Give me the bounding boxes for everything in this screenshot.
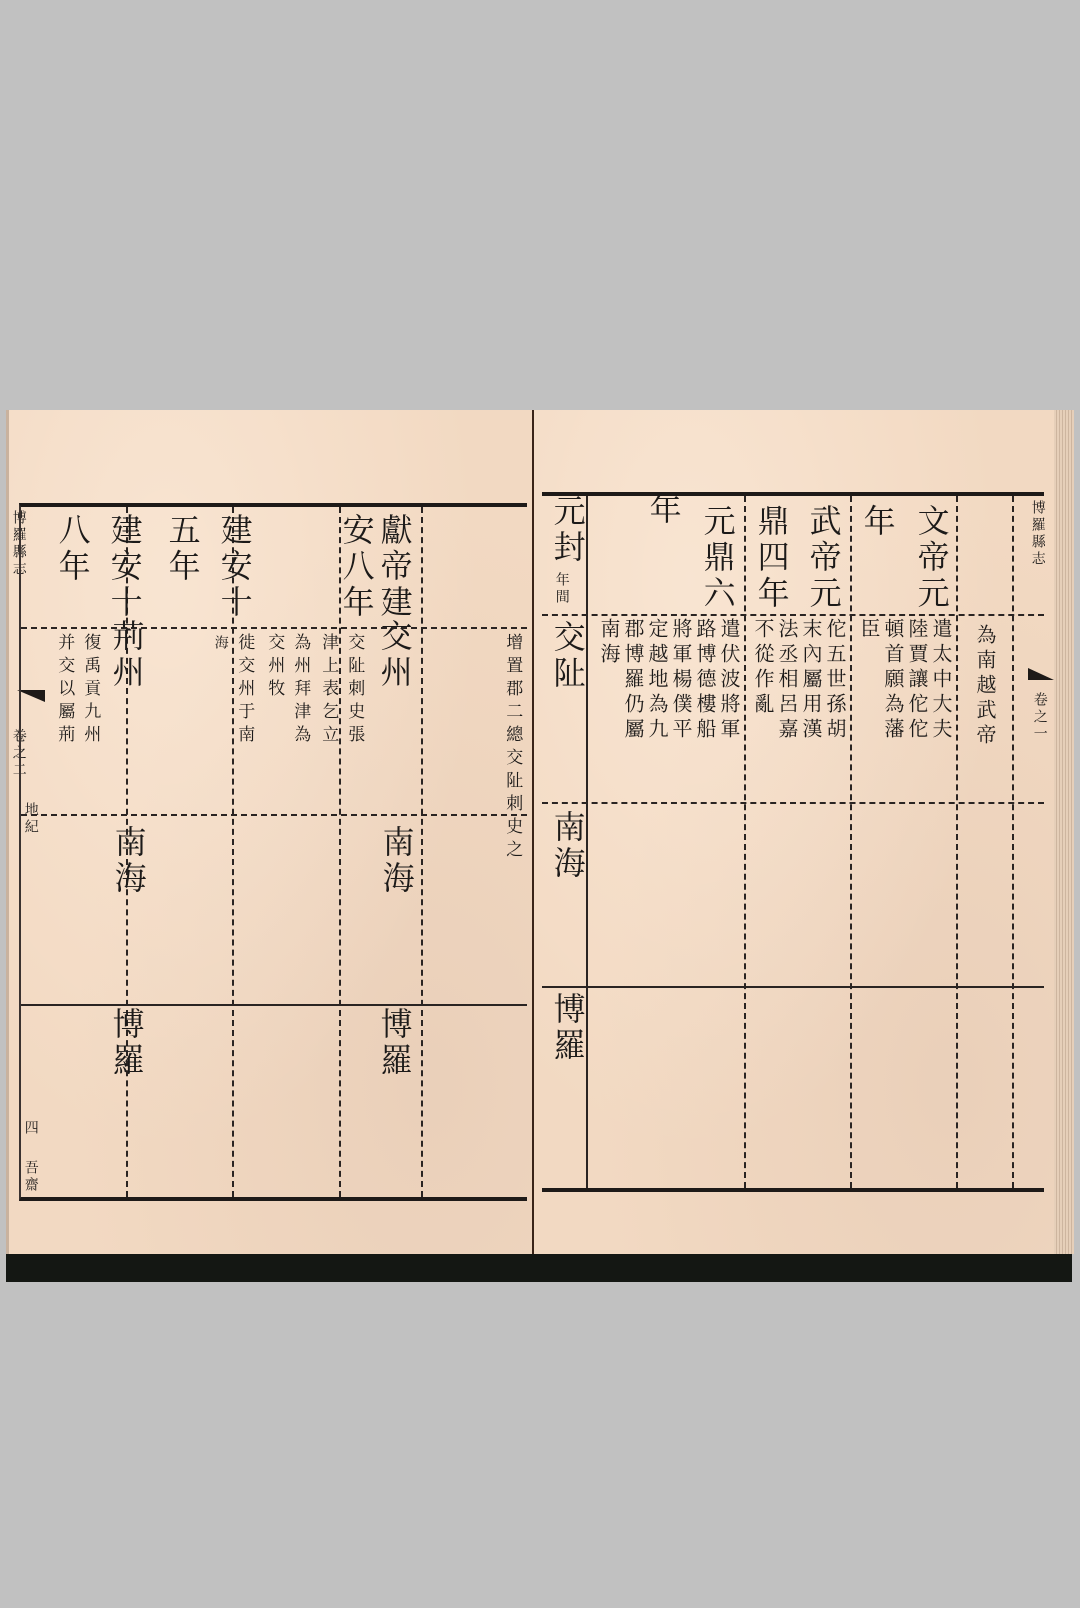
commandery-label: 南海: [379, 825, 413, 897]
note-line: 交阯刺史張: [343, 633, 364, 748]
note-line: 佗五世孫胡: [824, 618, 845, 743]
margin-volume: 卷之一: [1032, 692, 1047, 743]
era-label: 鼎四年: [754, 504, 788, 612]
era-label: 文帝元: [914, 504, 948, 612]
col-divider: [850, 496, 852, 1188]
province-label: 荊州: [109, 619, 143, 691]
county-label: 博羅: [377, 1007, 411, 1079]
note-line: 法丞相呂嘉: [776, 618, 797, 743]
note-line: 遣伏波將軍: [718, 618, 739, 743]
note-line: 頓首願為藩: [882, 618, 903, 743]
note-line: 遣太中大夫: [930, 618, 951, 743]
era-label: 建安十: [217, 513, 251, 621]
table-frame-right: 為南越武帝 文帝元 年 遣太中大夫 陸賈讓佗佗 頓首願為藩 臣 武帝元 鼎四年 …: [542, 492, 1044, 1192]
note-line: 復禹貢九州: [79, 633, 100, 748]
note-line: 交州牧: [263, 633, 284, 702]
era-label: 元封: [550, 494, 584, 566]
era-label: 年: [646, 492, 680, 528]
note-line: 徙交州于南: [233, 633, 254, 748]
province-label: 交阯: [550, 620, 584, 692]
col-divider: [1012, 496, 1014, 1188]
note-line: 南海: [598, 618, 619, 668]
table-frame-left: 獻帝建 安八年 交州 交阯刺史張 津上表乞立 為州拜津為 交州牧 南海 博羅 建…: [19, 503, 527, 1201]
left-page: 博羅縣志 卷之二 地紀 四 吾齋 獻帝建 安八年 交州 交阯刺史張 津上表乞立 …: [6, 410, 535, 1254]
page-stack-edge: [1054, 410, 1074, 1254]
col-divider: [421, 507, 423, 1197]
edge-note: 增置郡二總交阯刺史之: [501, 633, 522, 863]
note-line: 并交以屬荊: [53, 633, 74, 748]
note-line: 郡博羅仍屬: [622, 618, 643, 743]
era-label: 年: [860, 504, 894, 540]
note-line: 為南越武帝: [974, 624, 995, 749]
note-line: 陸賈讓佗佗: [906, 618, 927, 743]
row-divider-era: [21, 627, 527, 629]
era-label: 獻帝建: [377, 513, 411, 621]
note-line: 海: [213, 635, 228, 652]
era-label: 建安十: [107, 513, 141, 621]
note-line: 末內屬用漢: [800, 618, 821, 743]
note-line: 定越地為九: [646, 618, 667, 743]
era-label: 武帝元: [806, 504, 840, 612]
note-line: 路博德樓船: [694, 618, 715, 743]
note-line: 將軍楊僕平: [670, 618, 691, 743]
county-label: 博羅: [550, 992, 584, 1064]
margin-book-title: 博羅縣志: [1030, 500, 1045, 568]
row-divider-commandery: [542, 986, 1044, 988]
era-label: 五年: [165, 513, 199, 585]
note-line: 不從作亂: [752, 618, 773, 718]
col-divider: [744, 496, 746, 1188]
era-label: 八年: [55, 513, 89, 585]
col-divider: [956, 496, 958, 1188]
era-label: 元鼎六: [700, 504, 734, 612]
row-divider-note: [542, 802, 1044, 804]
commandery-label: 南海: [550, 810, 584, 882]
note-line: 為州拜津為: [289, 633, 310, 748]
right-page: 為南越武帝 文帝元 年 遣太中大夫 陸賈讓佗佗 頓首願為藩 臣 武帝元 鼎四年 …: [534, 410, 1054, 1254]
province-label: 交州: [377, 619, 411, 691]
era-label-small: 年間: [554, 572, 569, 606]
commandery-label: 南海: [111, 825, 145, 897]
row-divider-note: [21, 814, 527, 816]
fish-tail-mark-icon: [1028, 668, 1054, 680]
row-divider-commandery: [21, 1004, 527, 1006]
note-line: 臣: [858, 618, 879, 643]
open-book: 博羅縣志 卷之二 地紀 四 吾齋 獻帝建 安八年 交州 交阯刺史張 津上表乞立 …: [6, 410, 1076, 1282]
row-divider-era: [542, 614, 1044, 616]
county-label: 博羅: [109, 1007, 143, 1079]
note-line: 津上表乞立: [317, 633, 338, 748]
era-label: 安八年: [339, 513, 373, 621]
